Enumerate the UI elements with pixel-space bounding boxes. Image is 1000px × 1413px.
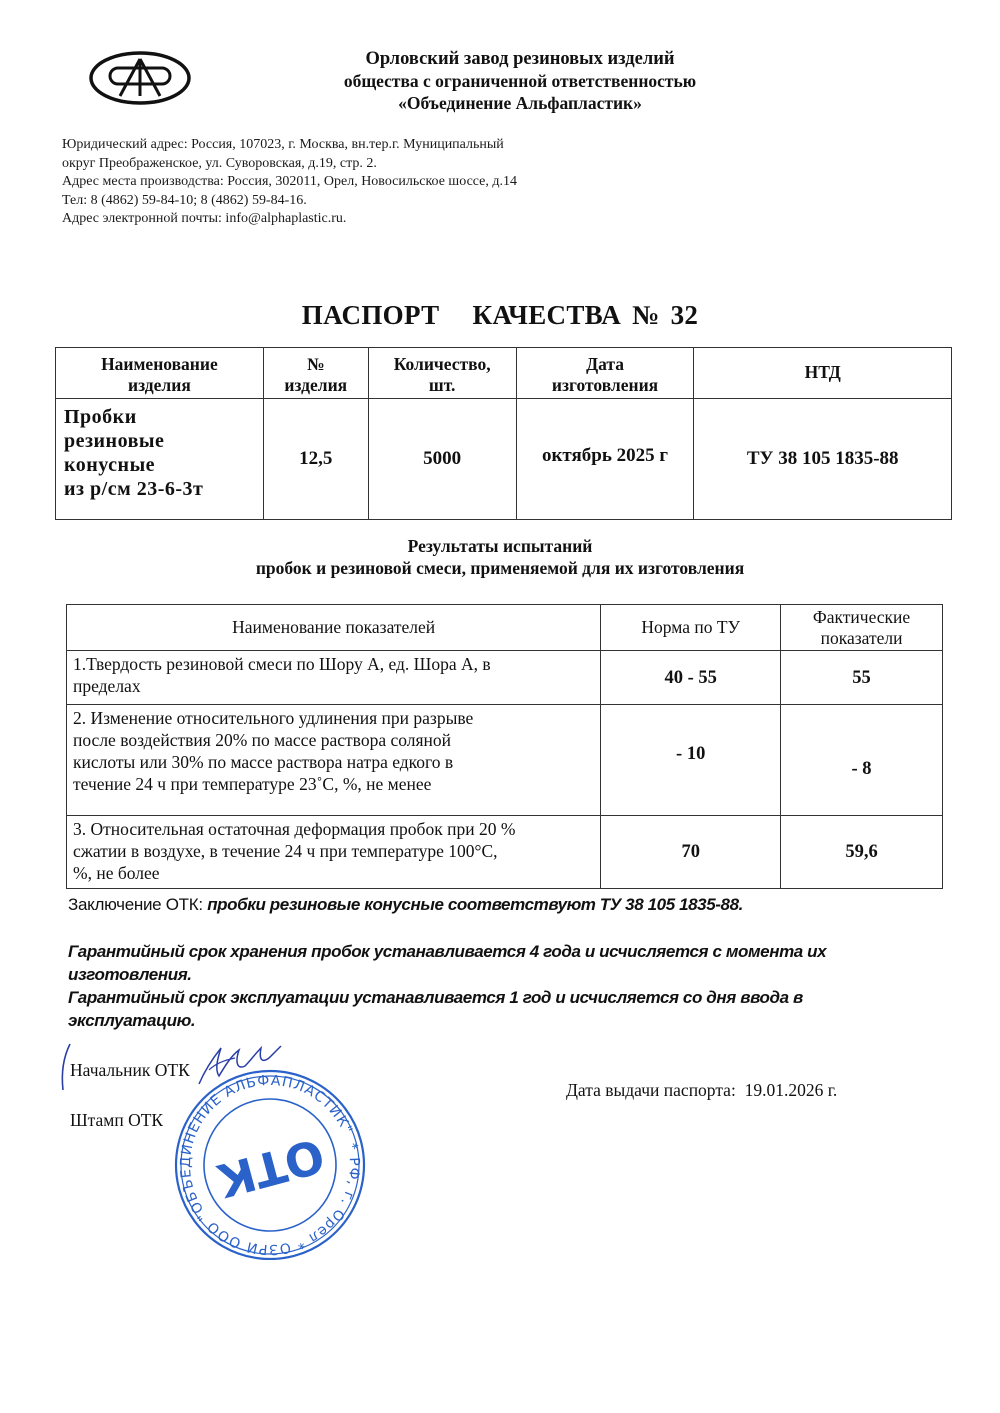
otk-conclusion: Заключение ОТК: пробки резиновые конусны… [68, 894, 743, 915]
header-line: Количество, [369, 354, 516, 375]
company-logo [88, 50, 192, 106]
header-actual: Фактические показатели [781, 605, 943, 651]
header-item-no: № изделия [263, 348, 368, 399]
description-line: %, не более [73, 862, 596, 884]
norm-value: 40 - 55 [601, 651, 781, 705]
ntd-cell: ТУ 38 105 1835-88 [694, 399, 952, 520]
indicator-description: 2. Изменение относительного удлинения пр… [67, 705, 601, 816]
alphaplastic-logo-icon [88, 50, 192, 106]
results-title-line: пробок и резиновой смеси, применяемой дл… [0, 557, 1000, 579]
product-name-cell: Пробки резиновые конусные из р/см 23-6-3… [56, 399, 264, 520]
address-line: Юридический адрес: Россия, 107023, г. Мо… [62, 136, 622, 155]
address-line: Адрес места производства: Россия, 302011… [62, 173, 622, 192]
results-table-header: Наименование показателей Норма по ТУ Фак… [67, 605, 943, 651]
product-table-header: Наименование изделия № изделия Количеств… [56, 348, 952, 399]
header-date: Дата изготовления [516, 348, 694, 399]
phone-line: Тел: 8 (4862) 59-84-10; 8 (4862) 59-84-1… [62, 192, 622, 211]
storage-guarantee-line: изготовления. [68, 963, 908, 986]
product-name-line: резиновые [64, 429, 263, 453]
signature-icon [195, 1040, 285, 1090]
results-title: Результаты испытаний пробок и резиновой … [0, 535, 1000, 579]
header-line: № [264, 354, 368, 375]
header-indicator-name: Наименование показателей [67, 605, 601, 651]
product-name-line: конусные [64, 453, 263, 477]
description-line: 3. Относительная остаточная деформация п… [73, 818, 596, 840]
email-line: Адрес электронной почты: info@alphaplast… [62, 210, 622, 229]
description-line: 2. Изменение относительного удлинения пр… [73, 707, 596, 729]
header-line: Наименование [56, 354, 263, 375]
table-row: Пробки резиновые конусные из р/см 23-6-3… [56, 399, 952, 520]
header-line: изготовления [517, 375, 694, 396]
company-line: Орловский завод резиновых изделий [290, 48, 750, 70]
description-line: пределах [73, 675, 596, 697]
item-no-cell: 12,5 [263, 399, 368, 520]
norm-value: - 10 [601, 705, 781, 816]
actual-value: - 8 [781, 705, 943, 816]
quantity-cell: 5000 [368, 399, 516, 520]
operation-guarantee-line: Гарантийный срок эксплуатации устанавлив… [68, 986, 908, 1009]
table-row: 1.Твердость резиновой смеси по Шору А, е… [67, 651, 943, 705]
company-line: общества с ограниченной ответственностью [290, 70, 750, 92]
results-table: Наименование показателей Норма по ТУ Фак… [66, 604, 943, 889]
stamp-center-text: ОТК [212, 1128, 330, 1208]
description-line: сжатии в воздухе, в течение 24 ч при тем… [73, 840, 596, 862]
actual-value: 59,6 [781, 816, 943, 889]
header-line: изделия [56, 375, 263, 396]
document-title: ПАСПОРТ КАЧЕСТВА № 32 [0, 300, 1000, 331]
issue-date: Дата выдачи паспорта: 19.01.2026 г. [566, 1080, 837, 1101]
indicator-description: 1.Твердость резиновой смеси по Шору А, е… [67, 651, 601, 705]
header-line: показатели [781, 628, 942, 649]
address-line: округ Преображенское, ул. Суворовская, д… [62, 155, 622, 174]
conclusion-label: Заключение ОТК: [68, 895, 207, 914]
header-line: шт. [369, 375, 516, 396]
header-norm: Норма по ТУ [601, 605, 781, 651]
conclusion-text: пробки резиновые конусные соответствуют … [207, 895, 743, 914]
norm-value: 70 [601, 816, 781, 889]
table-row: 2. Изменение относительного удлинения пр… [67, 705, 943, 816]
description-line: после воздействия 20% по массе раствора … [73, 729, 596, 751]
actual-value: 55 [781, 651, 943, 705]
storage-guarantee-line: Гарантийный срок хранения пробок устанав… [68, 940, 908, 963]
pen-mark-icon [56, 1042, 76, 1092]
header-line: Дата [517, 354, 694, 375]
description-line: кислоты или 30% по массе раствора натра … [73, 751, 596, 773]
product-table: Наименование изделия № изделия Количеств… [55, 347, 952, 520]
product-name-line: из р/см 23-6-3т [64, 477, 263, 501]
header-line: НТД [694, 362, 951, 383]
header-ntd: НТД [694, 348, 952, 399]
company-name: Орловский завод резиновых изделий общест… [290, 48, 750, 114]
product-name-line: Пробки [64, 405, 263, 429]
operation-guarantee-line: эксплуатацию. [68, 1009, 908, 1032]
header-line: изделия [264, 375, 368, 396]
header-quantity: Количество, шт. [368, 348, 516, 399]
table-row: 3. Относительная остаточная деформация п… [67, 816, 943, 889]
manufacture-date-cell: октябрь 2025 г [516, 399, 694, 520]
description-line: 1.Твердость резиновой смеси по Шору А, е… [73, 653, 596, 675]
company-line: «Объединение Альфапластик» [290, 92, 750, 114]
company-address: Юридический адрес: Россия, 107023, г. Мо… [62, 136, 622, 229]
guarantee-terms: Гарантийный срок хранения пробок устанав… [68, 940, 908, 1032]
header-line: Фактические [781, 607, 942, 628]
header-product-name: Наименование изделия [56, 348, 264, 399]
description-line: течение 24 ч при температуре 23˚С, %, не… [73, 773, 596, 795]
results-title-line: Результаты испытаний [0, 535, 1000, 557]
indicator-description: 3. Относительная остаточная деформация п… [67, 816, 601, 889]
